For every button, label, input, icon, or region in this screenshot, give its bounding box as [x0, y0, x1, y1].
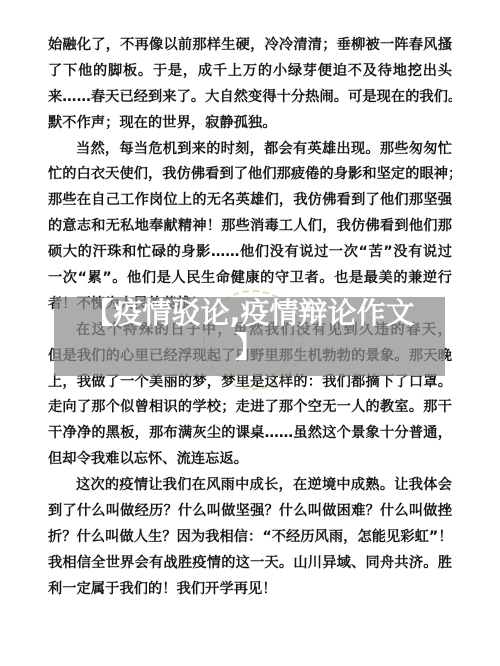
- essay-line: 了下他的脚板。于是，成千上万的小绿芽便迫不及待地挖出头: [48, 59, 452, 85]
- essay-line: 始融化了，不再像以前那样生硬，冷冷清清；垂柳被一阵春风搔: [48, 33, 452, 59]
- essay-line: 到了什么叫做经历？什么叫做坚强？什么叫做困难？什么叫做挫: [48, 499, 452, 525]
- essay-line: 忙的白衣天使们，我仿佛看到了他们那疲倦的身影和坚定的眼神；: [48, 162, 452, 188]
- essay-line: 这次的疫情让我们在风雨中成长，在逆境中成熟。让我体会: [48, 473, 452, 499]
- essay-line: 但却令我难以忘怀、流连忘返。: [48, 447, 452, 473]
- essay-line: 当然，每当危机到来的时刻，都会有英雄出现。那些匆匆忙: [48, 137, 452, 163]
- essay-line: 来……春天已经到来了。大自然变得十分热闹。可是现在的我们。: [48, 85, 452, 111]
- essay-line: 走向了那个似曾相识的学校；走进了那个空无一人的教室。那干: [48, 395, 452, 421]
- essay-line: 利一定属于我们的！我们开学再见！: [48, 577, 452, 603]
- essay-line: 那些在自己工作岗位上的无名英雄们，我仿佛看到了他们那坚强: [48, 188, 452, 214]
- document-page: 始融化了，不再像以前那样生硬，冷冷清清；垂柳被一阵春风搔 了下他的脚板。于是，成…: [0, 0, 500, 666]
- essay-line: 一次“累”。他们是人民生命健康的守卫者。也是最美的兼逆行: [48, 266, 452, 292]
- essay-line: 干净净的黑板，那布满灰尘的课桌……虽然这个景象十分普通，: [48, 421, 452, 447]
- overlay-title-bracket: 】: [54, 330, 445, 364]
- essay-line: 我相信全世界会有战胜疫情的这一天。山川异域、同舟共济。胜: [48, 551, 452, 577]
- essay-line: 硕大的汗珠和忙碌的身影……他们没有说过一次“苦”没有说过: [48, 240, 452, 266]
- essay-line: 默不作声；现在的世界，寂静孤独。: [48, 111, 452, 137]
- overlay-title: 【疫情驳论,疫情辩论作文: [54, 296, 445, 330]
- essay-line: 折？什么叫做人生？因为我相信：“不经历风雨，怎能见彩虹”！: [48, 525, 452, 551]
- essay-line: 的意志和无私地奉献精神！那些消毒工人们，我仿佛看到他们那: [48, 214, 452, 240]
